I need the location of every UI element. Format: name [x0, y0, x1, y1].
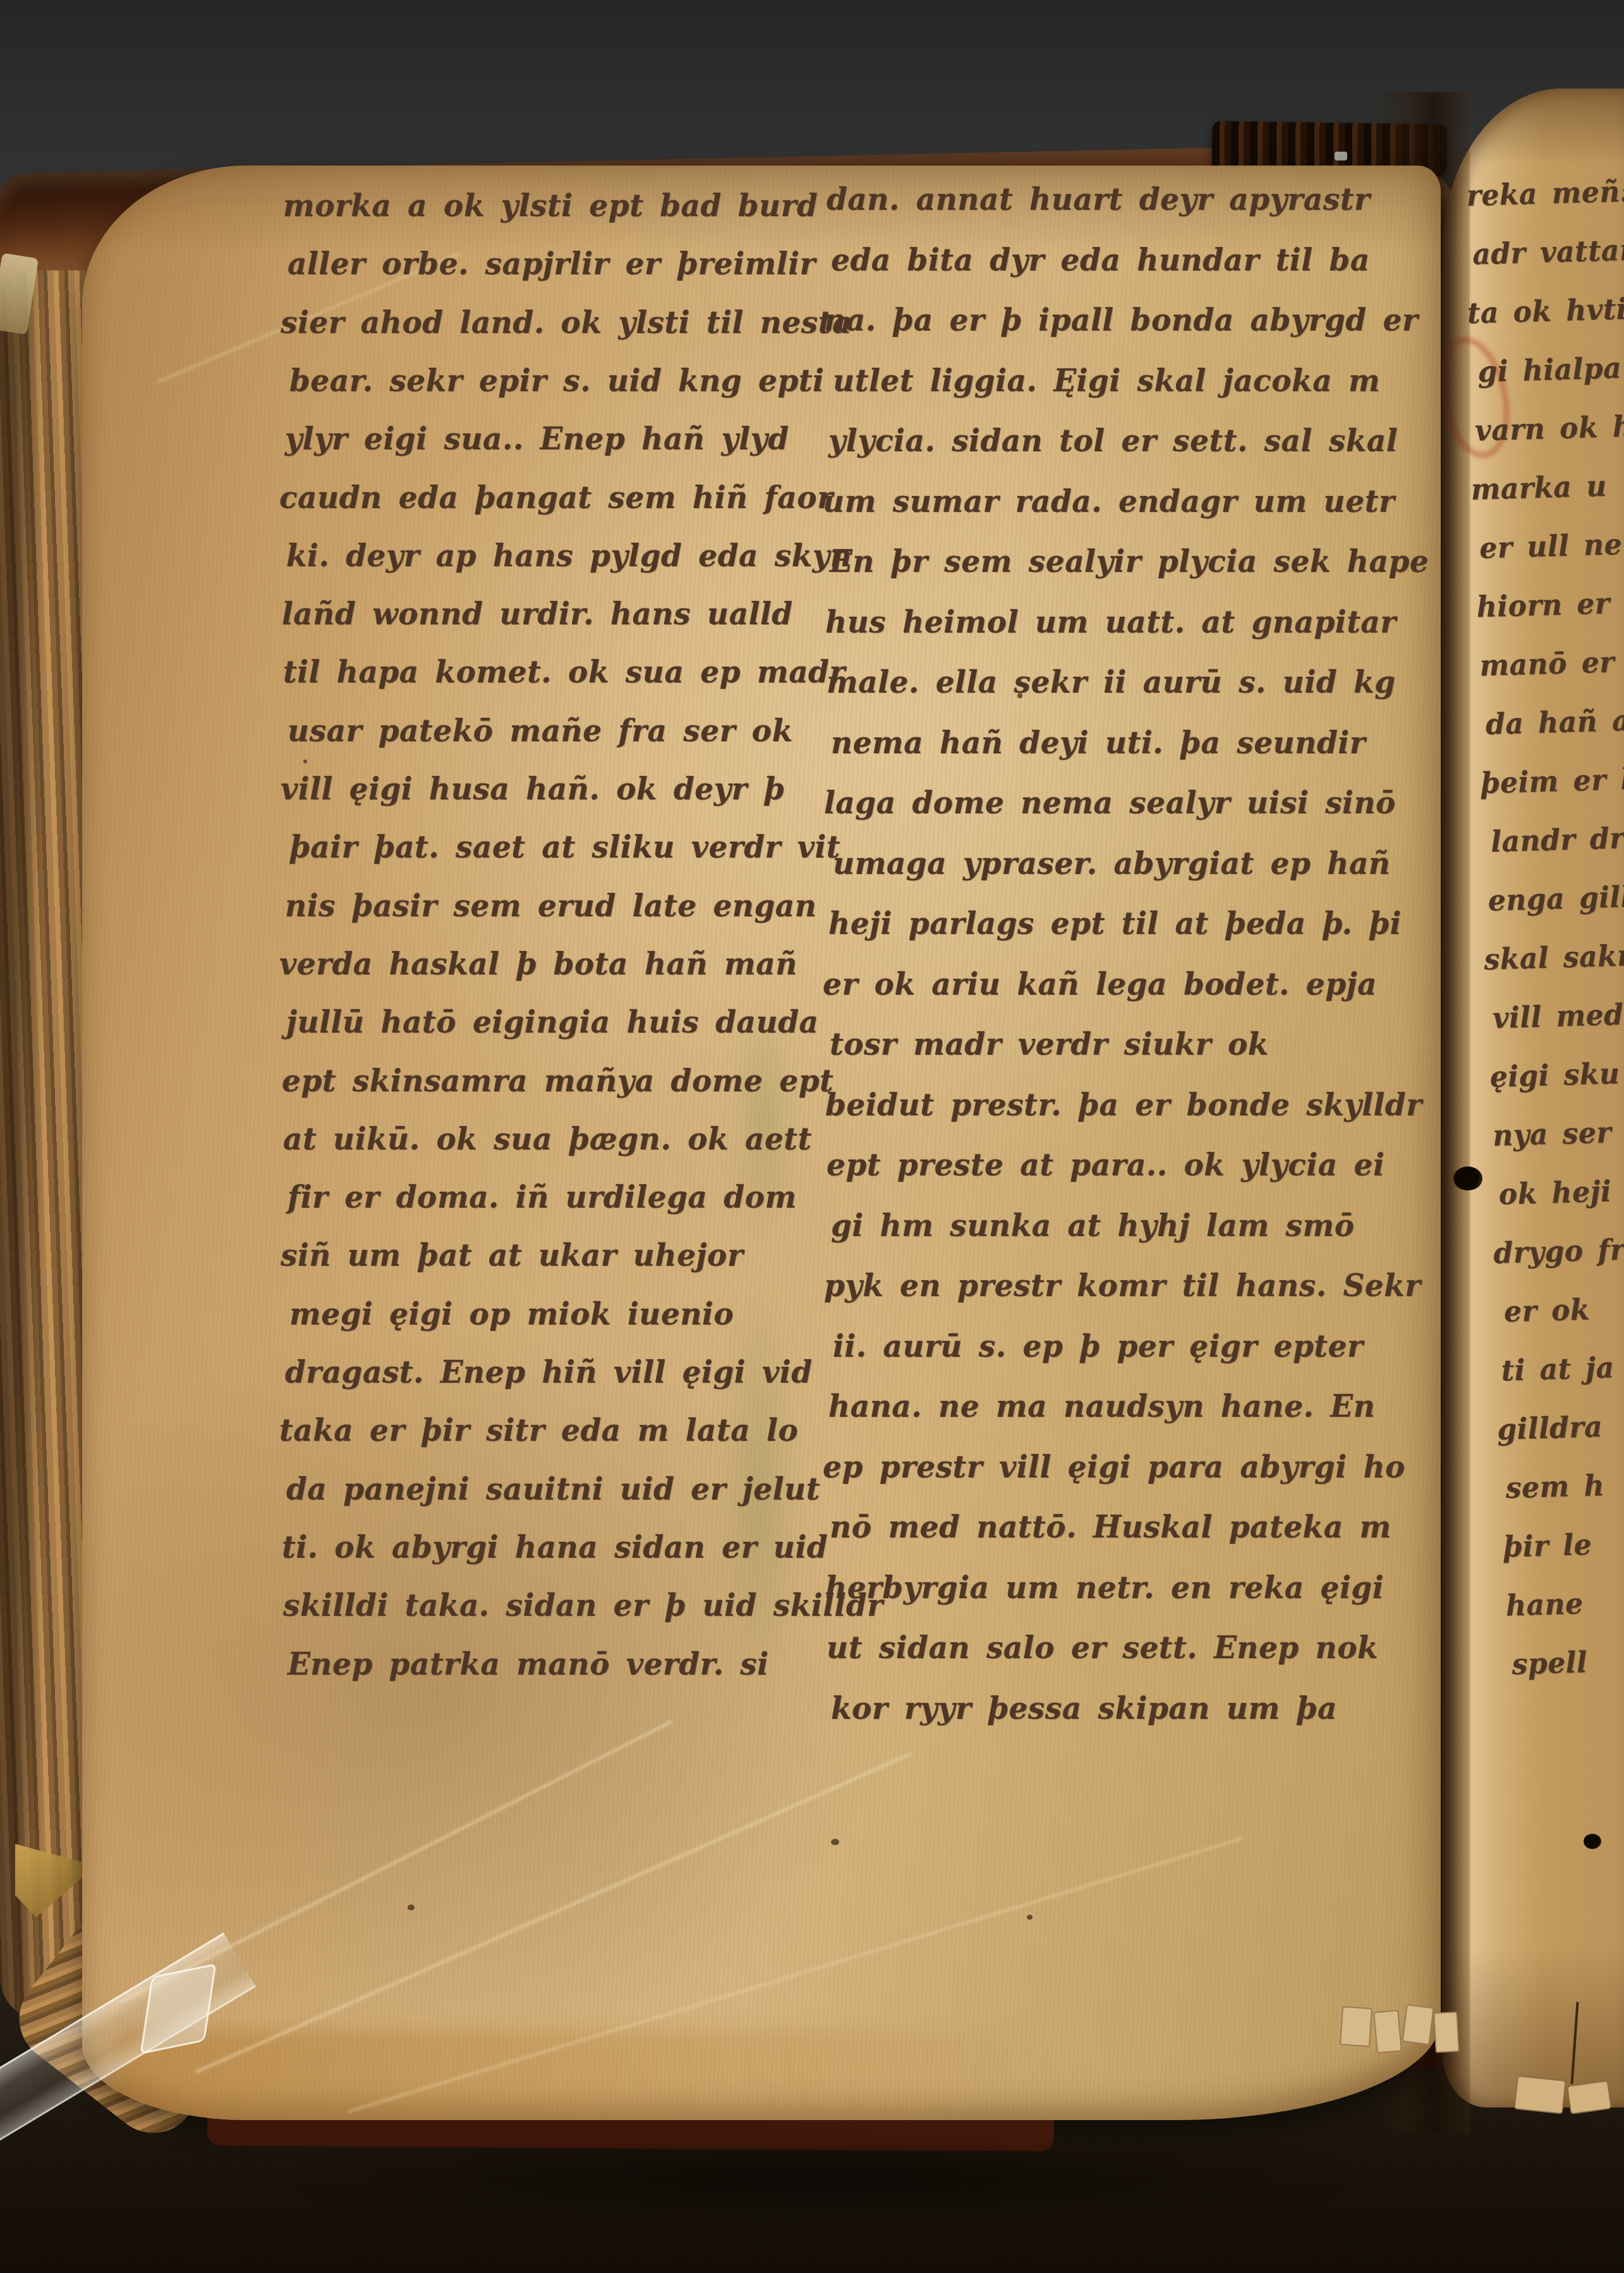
book-shadow: [114, 2131, 1529, 2226]
manuscript-line: enga gilld: [1488, 882, 1624, 916]
manuscript-line: caudn eda þangat sem hiñ faor: [279, 482, 833, 513]
manuscript-line: fir er doma. iñ urdilega dom: [288, 1182, 797, 1213]
manuscript-line: jullū hatō eigingia huis dauda: [286, 1007, 818, 1038]
manuscript-line: lañd wonnd urdir. hans ualld: [282, 598, 793, 629]
wormhole-small: [1584, 1834, 1601, 1849]
manuscript-line: gilldra: [1497, 1413, 1603, 1445]
manuscript-line: tosr madr verdr siukr ok: [830, 1029, 1269, 1060]
manuscript-line: spell: [1512, 1649, 1588, 1680]
manuscript-line: bear. sekr epir s. uid kng epti: [289, 365, 824, 396]
manuscript-line: ylyr eigi sua.. Enep hañ ylyd: [285, 423, 789, 454]
manuscript-line: nya ser: [1493, 1118, 1612, 1151]
manuscript-line: Enep patrka manō verdr. si: [288, 1649, 769, 1680]
ink-speck: [408, 1905, 415, 1910]
manuscript-line: megi ęigi op miok iuenio: [289, 1299, 734, 1330]
frayed-edge-tab: [1373, 2009, 1402, 2053]
manuscript-line: vill med: [1493, 1001, 1624, 1034]
manuscript-line: manō er þ a: [1479, 646, 1624, 681]
manuscript-line: til hapa komet. ok sua ep madr: [283, 657, 845, 688]
manuscript-line: heji parlags ept til at þeda þ. þi: [828, 908, 1402, 939]
main-page: morka a ok ylsti ept bad burdaller orbe.…: [82, 166, 1441, 2120]
manuscript-line: morka a ok ylsti ept bad burd: [283, 190, 818, 221]
torn-edge-fragment: [1566, 2080, 1612, 2115]
manuscript-line: at uikū. ok sua þægn. ok aett: [283, 1124, 812, 1155]
manuscript-line: ti. ok abyrgi hana sidan er uid: [282, 1532, 828, 1563]
manuscript-line: skal sakr: [1484, 942, 1624, 974]
manuscript-line: ii. aurū s. ep þ per ęigr epter: [833, 1331, 1363, 1362]
manuscript-line: taka er þir sitr eda m lata lo: [279, 1415, 798, 1446]
wormhole: [1453, 1167, 1482, 1191]
manuscript-line: nō med nattō. Huskal pateka m: [830, 1512, 1391, 1543]
manuscript-line: umaga ypraser. abyrgiat ep hañ: [833, 848, 1391, 879]
torn-edge-fragment: [1513, 2075, 1566, 2114]
frayed-edge-tab: [1340, 2006, 1373, 2047]
manuscript-line: ki. deyr ap hans pylgd eda skyn: [286, 540, 852, 571]
manuscript-line: da panejni sauitni uid er jelut: [286, 1474, 820, 1505]
manuscript-line: hane: [1505, 1590, 1584, 1621]
manuscript-line: En þr sem sealyir plycia sek hape: [830, 546, 1429, 577]
manuscript-line: dan. annat huart deyr apyrastr: [827, 184, 1370, 215]
manuscript-line: landr dra: [1491, 824, 1624, 857]
frayed-edge-tab: [1402, 2004, 1434, 2046]
manuscript-line: kor ryyr þessa skipan um þa: [831, 1693, 1337, 1724]
manuscript-line: reka meñ: fi: [1466, 176, 1624, 211]
manuscript-line: aller orbe. sapjrlir er þreimlir: [288, 248, 816, 279]
clasp-glint: [1335, 152, 1347, 161]
manuscript-line: marka u: [1470, 472, 1607, 505]
manuscript-line: hiorn er h: [1476, 588, 1624, 622]
manuscript-line: vill ęigi husa hañ. ok deyr þ: [281, 773, 785, 804]
manuscript-line: siñ um þat at ukar uhejor: [281, 1240, 743, 1271]
manuscript-line: skilldi taka. sidan er þ uid skilldr: [283, 1590, 883, 1621]
manuscript-line: ept skinsamra mañya dome ept: [282, 1065, 833, 1096]
manuscript-line: um sumar rada. endagr um uetr: [823, 486, 1395, 517]
manuscript-line: beidut prestr. þa er bonde skylldr: [825, 1089, 1422, 1120]
manuscript-line: laga dome nema sealyr uisi sinō: [824, 787, 1396, 818]
manuscript-line: ok heji: [1498, 1177, 1611, 1209]
manuscript-line: gi hialpa kri: [1477, 353, 1624, 387]
manuscript-line: adr vattar. þ: [1472, 235, 1624, 270]
manuscript-line: ept preste at para.. ok ylycia ei: [827, 1149, 1385, 1180]
manuscript-photo-scene: reka meñ: fiadr vattar. þta ok hvti uigi…: [0, 0, 1624, 2273]
frayed-edge-tab: [1433, 2011, 1459, 2053]
manuscript-line: da hañ ad: [1486, 706, 1624, 739]
manuscript-line: herbyrgia um netr. en reka ęigi: [825, 1572, 1384, 1603]
manuscript-line: ta ok hvti ui: [1467, 294, 1624, 329]
manuscript-line: sem h: [1505, 1472, 1604, 1503]
manuscript-line: er ull ne: [1479, 530, 1623, 563]
manuscript-line: sier ahod land. ok ylsti til nesta: [281, 307, 852, 338]
manuscript-line: ti at ja: [1501, 1354, 1615, 1386]
manuscript-line: dragast. Enep hiñ vill ęigi vid: [285, 1357, 813, 1388]
manuscript-line: nema hañ deyi uti. þa seundir: [831, 727, 1366, 758]
manuscript-line: usar patekō mañe fra ser ok: [288, 715, 793, 746]
manuscript-line: drygo fri: [1493, 1235, 1624, 1268]
ink-speck: [303, 760, 307, 763]
manuscript-line: pyk en prestr komr til hans. Sekr: [824, 1270, 1421, 1301]
manuscript-line: er ok: [1503, 1295, 1590, 1327]
manuscript-line: nis þasir sem erud late engan: [285, 890, 816, 921]
manuscript-line: male. ella sekr ii aurū s. uid kg: [827, 667, 1396, 698]
manuscript-line: ylycia. sidan tol er sett. sal skal: [828, 425, 1398, 456]
manuscript-line: na. þa er þ ipall bonda abyrgd er: [824, 305, 1418, 336]
manuscript-line: gi hm sunka at hyhj lam smō: [831, 1210, 1355, 1241]
manuscript-line: hana. ne ma naudsyn hane. En: [828, 1391, 1375, 1422]
manuscript-line: verda haskal þ bota hañ mañ: [279, 949, 797, 979]
manuscript-line: varn ok h: [1475, 413, 1624, 446]
manuscript-line: þair þat. saet at sliku verdr vit: [289, 832, 840, 863]
manuscript-line: ut sidan salo er sett. Enep nok: [827, 1632, 1378, 1663]
manuscript-line: þir le: [1503, 1530, 1592, 1562]
ink-speck: [831, 1839, 839, 1845]
manuscript-line: hus heimol um uatt. at gnapitar: [825, 607, 1397, 638]
manuscript-line: ęigi sku: [1489, 1060, 1620, 1092]
manuscript-line: ep prestr vill ęigi para abyrgi ho: [823, 1452, 1405, 1482]
ink-speck: [1027, 1915, 1033, 1920]
manuscript-line: eda bita dyr eda hundar til ba: [831, 245, 1370, 276]
manuscript-line: er ok ariu kañ lega bodet. epja: [823, 969, 1377, 1000]
manuscript-line: utlet liggia. Ęigi skal jacoka m: [833, 365, 1380, 396]
manuscript-line: þeim er h: [1480, 765, 1624, 799]
